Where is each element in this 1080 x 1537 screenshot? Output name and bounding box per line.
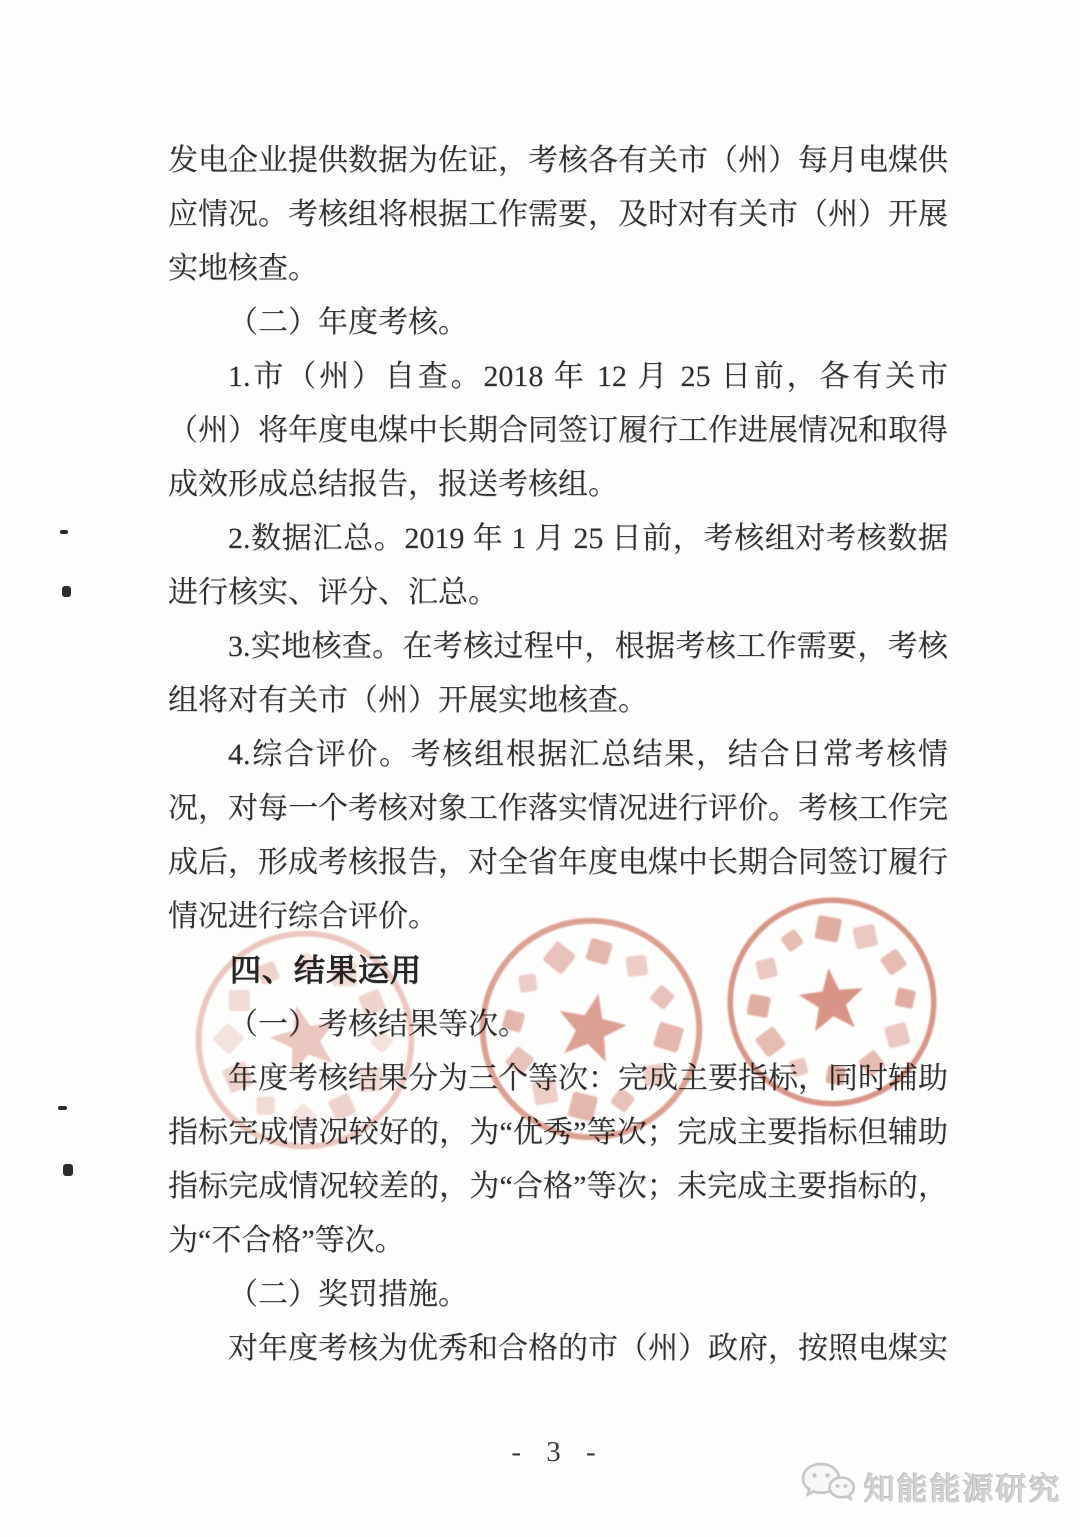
body-paragraph: 年度考核结果分为三个等次：完成主要指标，同时辅助指标完成情况较好的，为“优秀”等… <box>168 1052 948 1268</box>
scan-speck <box>58 1106 67 1110</box>
body-paragraph: 2.数据汇总。2019 年 1 月 25 日前，考核组对考核数据进行核实、评分、… <box>168 512 948 620</box>
scan-speck <box>60 530 68 534</box>
body-paragraph: 发电企业提供数据为佐证，考核各有关市（州）每月电煤供应情况。考核组将根据工作需要… <box>168 134 948 296</box>
body-paragraph: 对年度考核为优秀和合格的市（州）政府，按照电煤实 <box>168 1322 948 1376</box>
body-paragraph: （一）考核结果等次。 <box>168 998 948 1052</box>
wechat-bubbles-icon <box>800 1460 856 1513</box>
watermark: 知能能源研究 <box>800 1460 1062 1513</box>
document-body: 发电企业提供数据为佐证，考核各有关市（州）每月电煤供应情况。考核组将根据工作需要… <box>168 134 948 1376</box>
body-paragraph: 1.市（州）自查。2018 年 12 月 25 日前，各有关市（州）将年度电煤中… <box>168 350 948 512</box>
body-paragraph: （二）年度考核。 <box>168 296 948 350</box>
scan-speck <box>63 1164 73 1176</box>
body-paragraph: （二）奖罚措施。 <box>168 1268 948 1322</box>
scan-speck <box>62 586 71 597</box>
body-paragraph: 4.综合评价。考核组根据汇总结果，结合日常考核情况，对每一个考核对象工作落实情况… <box>168 728 948 944</box>
document-page: 发电企业提供数据为佐证，考核各有关市（州）每月电煤供应情况。考核组将根据工作需要… <box>0 0 1080 1537</box>
watermark-label: 知能能源研究 <box>864 1464 1062 1509</box>
body-paragraph: 3.实地核查。在考核过程中，根据考核工作需要，考核组将对有关市（州）开展实地核查… <box>168 620 948 728</box>
section-heading: 四、结果运用 <box>168 944 948 998</box>
